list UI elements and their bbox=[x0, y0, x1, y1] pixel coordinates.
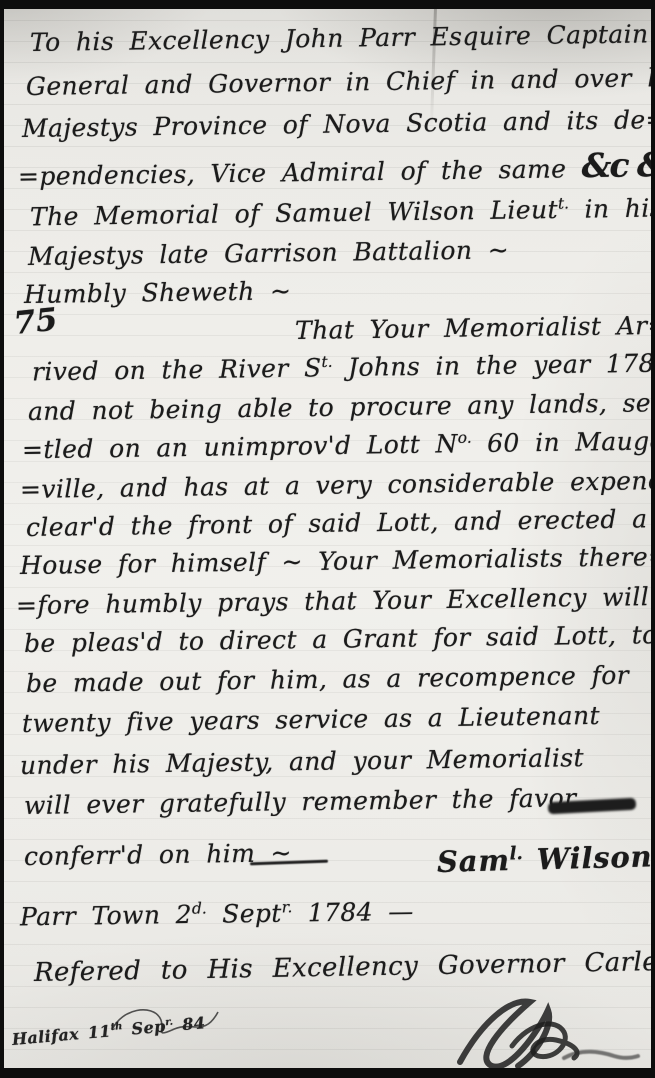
dateline-s2: r. bbox=[282, 898, 293, 916]
body-line-13: will ever gratefully remember the favor, bbox=[24, 783, 582, 820]
body-line-2: rived on the River St. Johns in the year… bbox=[32, 348, 655, 386]
body-line-4: =tled on an unimprov'd Lott No. 60 in Ma… bbox=[22, 426, 655, 464]
body-line-8: =fore humbly prays that Your Excellency … bbox=[16, 582, 650, 620]
body-line-10: be made out for him, as a recompence for bbox=[26, 661, 629, 698]
samuel-wilson-signature: Saml. Wilson bbox=[437, 839, 653, 879]
memorial-line-1-post: in his bbox=[569, 193, 655, 223]
memorial-line-1: The Memorial of Samuel Wilson Lieutt. in… bbox=[30, 193, 655, 231]
docket-s1: th bbox=[110, 1021, 123, 1033]
signature-sup: l. bbox=[509, 843, 523, 864]
body-line-2-pre: rived on the River S bbox=[32, 353, 322, 386]
body-line-6: clear'd the front of said Lott, and erec… bbox=[26, 504, 648, 542]
address-line-1: To his Excellency John Parr Esquire Capt… bbox=[30, 19, 649, 57]
body-line-7: House for himself ~ Your Memorialists th… bbox=[20, 542, 655, 580]
address-line-4: =pendencies, Vice Admiral of the same &c… bbox=[18, 144, 655, 193]
body-line-9: be pleas'd to direct a Grant for said Lo… bbox=[24, 620, 655, 658]
dateline-p2: Sept bbox=[207, 899, 282, 929]
body-line-14: conferr'd on him ~ bbox=[24, 838, 292, 871]
etcetera-flourish: &c &c &c bbox=[581, 144, 655, 185]
margin-folio-number: 75 bbox=[12, 302, 59, 342]
memorial-line-1-pre: The Memorial of Samuel Wilson Lieut bbox=[30, 195, 558, 231]
body-line-1: That Your Memorialist Ar= bbox=[295, 311, 655, 345]
dateline-p1: Parr Town 2 bbox=[20, 900, 192, 931]
docket-date-note: Halifax 11th Sepr. 84 bbox=[11, 1013, 206, 1049]
place-date-line: Parr Town 2d. Septr. 1784 — bbox=[20, 897, 414, 932]
referral-note: Refered to His Excellency Governor Carle… bbox=[34, 946, 655, 988]
document-scan: To his Excellency John Parr Esquire Capt… bbox=[0, 0, 655, 1078]
body-line-2-post: Johns in the year 1783 bbox=[333, 348, 655, 382]
body-line-4-pre: =tled on an unimprov'd Lott N bbox=[22, 429, 458, 464]
docket-p2: Sep bbox=[122, 1017, 167, 1040]
address-line-3: Majestys Province of Nova Scotia and its… bbox=[22, 105, 655, 143]
body-line-4-post: 60 in Mauger bbox=[472, 426, 655, 458]
body-line-3: and not being able to procure any lands,… bbox=[28, 388, 655, 426]
scan-border-top bbox=[0, 0, 655, 9]
memorial-line-1-sup: t. bbox=[558, 194, 569, 212]
scan-border-left bbox=[0, 0, 4, 1078]
signature-pre: Sam bbox=[437, 843, 511, 879]
docket-p3: 84 bbox=[172, 1013, 206, 1035]
scan-border-bottom bbox=[0, 1068, 655, 1078]
dateline-s1: d. bbox=[192, 899, 207, 917]
body-line-12: under his Majesty, and your Memorialist bbox=[20, 743, 584, 780]
body-line-11: twenty five years service as a Lieutenan… bbox=[22, 701, 600, 738]
signature-post: Wilson bbox=[522, 839, 652, 876]
body-line-4-sup: o. bbox=[458, 429, 472, 447]
address-line-2: General and Governor in Chief in and ove… bbox=[26, 63, 655, 101]
memorial-line-2: Majestys late Garrison Battalion ~ bbox=[28, 235, 509, 271]
dateline-p3: 1784 — bbox=[292, 897, 414, 928]
address-line-4-text: =pendencies, Vice Admiral of the same bbox=[18, 154, 582, 191]
humbly-sheweth-line: Humbly Sheweth ~ bbox=[24, 276, 292, 309]
manuscript-page: To his Excellency John Parr Esquire Capt… bbox=[0, 0, 655, 1078]
body-line-5: =ville, and has at a very considerable e… bbox=[20, 466, 655, 504]
docket-p1: Halifax 11 bbox=[11, 1021, 112, 1049]
body-line-2-sup: t. bbox=[321, 353, 332, 371]
clerk-monogram-signature bbox=[452, 992, 642, 1074]
scan-border-right bbox=[651, 0, 655, 1078]
